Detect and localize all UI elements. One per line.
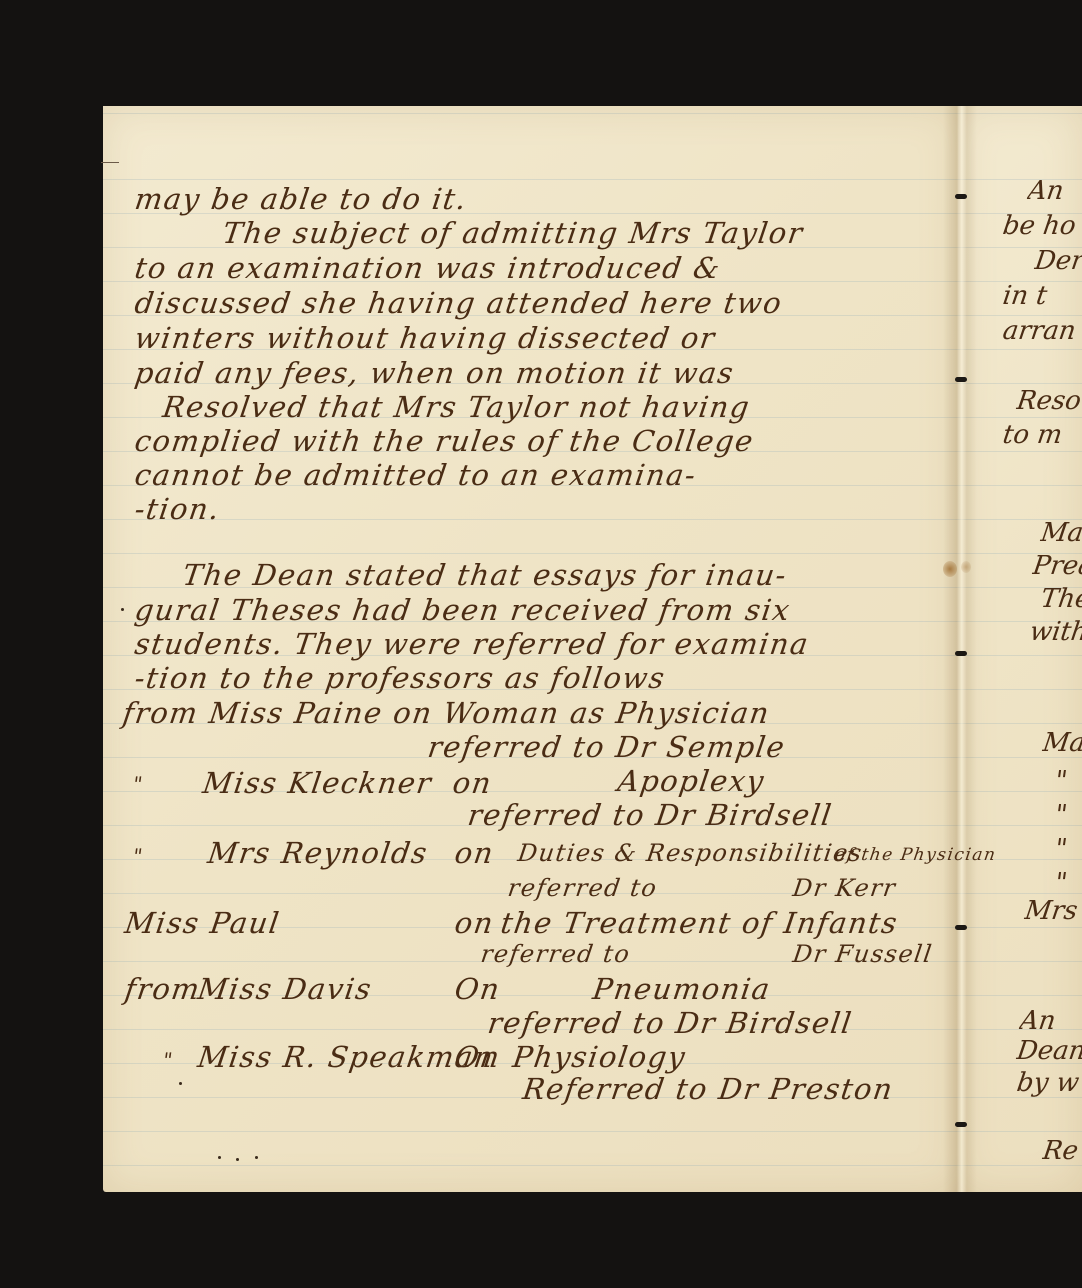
thesis-topic-prefix: On xyxy=(453,1040,503,1074)
right-page-fragment: arran xyxy=(1001,316,1078,346)
manuscript-line: Resolved that Mrs Taylor not having xyxy=(161,390,753,424)
book-gutter xyxy=(943,106,977,1192)
binding-stitch xyxy=(955,651,967,656)
thesis-topic-prefix: on xyxy=(451,766,495,800)
right-page-fragment: Ma xyxy=(1041,728,1082,758)
manuscript-line: -tion. xyxy=(133,492,223,526)
manuscript-line: The subject of admitting Mrs Taylor xyxy=(221,216,806,250)
right-page-fragment: in t xyxy=(1001,281,1049,311)
manuscript-line: paid any fees, when on motion it was xyxy=(133,356,737,390)
ink-dot xyxy=(236,1158,239,1161)
manuscript-line: complied with the rules of the College xyxy=(133,424,757,458)
ink-dot xyxy=(255,1156,258,1159)
thesis-referral: referred to Dr Birdsell xyxy=(486,1006,855,1040)
thesis-topic: Physiology xyxy=(511,1040,689,1074)
manuscript-line: students. They were referred for examina xyxy=(133,627,812,661)
manuscript-line: to an examination was introduced & xyxy=(133,251,724,285)
binding-stitch xyxy=(955,377,967,382)
right-page-fragment: Dean xyxy=(1015,1036,1082,1066)
manuscript-line: from Miss Paine on Woman as Physician xyxy=(121,696,773,730)
manuscript-line: discussed she having attended here two xyxy=(133,286,785,320)
right-page-fragment: Ma xyxy=(1039,518,1082,548)
thesis-topic-prefix: on xyxy=(453,906,497,940)
manuscript-line: may be able to do it. xyxy=(133,182,470,216)
ink-stain xyxy=(943,561,957,577)
thesis-student: Mrs Reynolds xyxy=(206,836,431,870)
thesis-referral: referred to Dr Semple xyxy=(426,730,788,764)
thesis-referral-doctor: Dr Kerr xyxy=(791,874,898,902)
thesis-referral-doctor: Dr Fussell xyxy=(791,940,935,968)
thesis-topic: Apoplexy xyxy=(616,764,767,798)
thesis-student: Miss Paul xyxy=(123,906,283,940)
right-page-fragment: Prea xyxy=(1031,551,1082,581)
right-page-fragment: An xyxy=(1018,1006,1058,1036)
right-page-fragment: Reso xyxy=(1015,386,1082,416)
binding-stitch xyxy=(955,925,967,930)
right-page-fragment: The xyxy=(1039,584,1082,614)
thesis-student: Miss R. Speakman xyxy=(196,1040,497,1074)
thesis-topic-prefix: on xyxy=(453,836,497,870)
ink-stain xyxy=(961,561,971,573)
ink-dot xyxy=(179,1082,182,1085)
thesis-referral: Referred to Dr Preston xyxy=(521,1072,896,1106)
manuscript-spread: may be able to do it. The subject of adm… xyxy=(103,106,1082,1192)
margin-tick-mark xyxy=(101,162,119,163)
right-page-fragment: to m xyxy=(1001,420,1064,450)
thesis-topic: Duties & Responsibilities xyxy=(516,839,865,867)
ink-dot xyxy=(218,1156,221,1159)
ink-dot xyxy=(121,608,124,611)
right-page-fragment: An xyxy=(1026,176,1066,206)
right-page-fragment: be ho xyxy=(1001,211,1078,241)
right-page-fragment: Mrs xyxy=(1023,896,1080,926)
thesis-topic-suffix: of the Physician xyxy=(834,845,998,865)
manuscript-line: The Dean stated that essays for inau- xyxy=(181,558,790,592)
binding-stitch xyxy=(955,1122,967,1127)
manuscript-line: winters without having dissected or xyxy=(133,321,718,355)
right-page-fragment: Re xyxy=(1041,1136,1080,1166)
binding-stitch xyxy=(955,194,967,199)
thesis-prefix: from xyxy=(123,972,203,1006)
thesis-topic: the Treatment of Infants xyxy=(499,906,901,940)
right-page-fragment: Dero xyxy=(1033,246,1082,276)
thesis-topic-prefix: On xyxy=(453,972,503,1006)
thesis-referral: referred to xyxy=(479,940,632,968)
manuscript-line: -tion to the professors as follows xyxy=(133,661,668,695)
thesis-referral: referred to Dr Birdsell xyxy=(466,798,835,832)
right-page-fragment: by w xyxy=(1015,1068,1081,1098)
thesis-student: Miss Kleckner xyxy=(201,766,435,800)
thesis-topic: Pneumonia xyxy=(591,972,774,1006)
thesis-student: Miss Davis xyxy=(196,972,375,1006)
thesis-referral: referred to xyxy=(506,874,659,902)
manuscript-line: gural Theses had been received from six xyxy=(133,593,793,627)
right-page-fragment: with xyxy=(1028,617,1082,647)
manuscript-line: cannot be admitted to an examina- xyxy=(133,458,699,492)
